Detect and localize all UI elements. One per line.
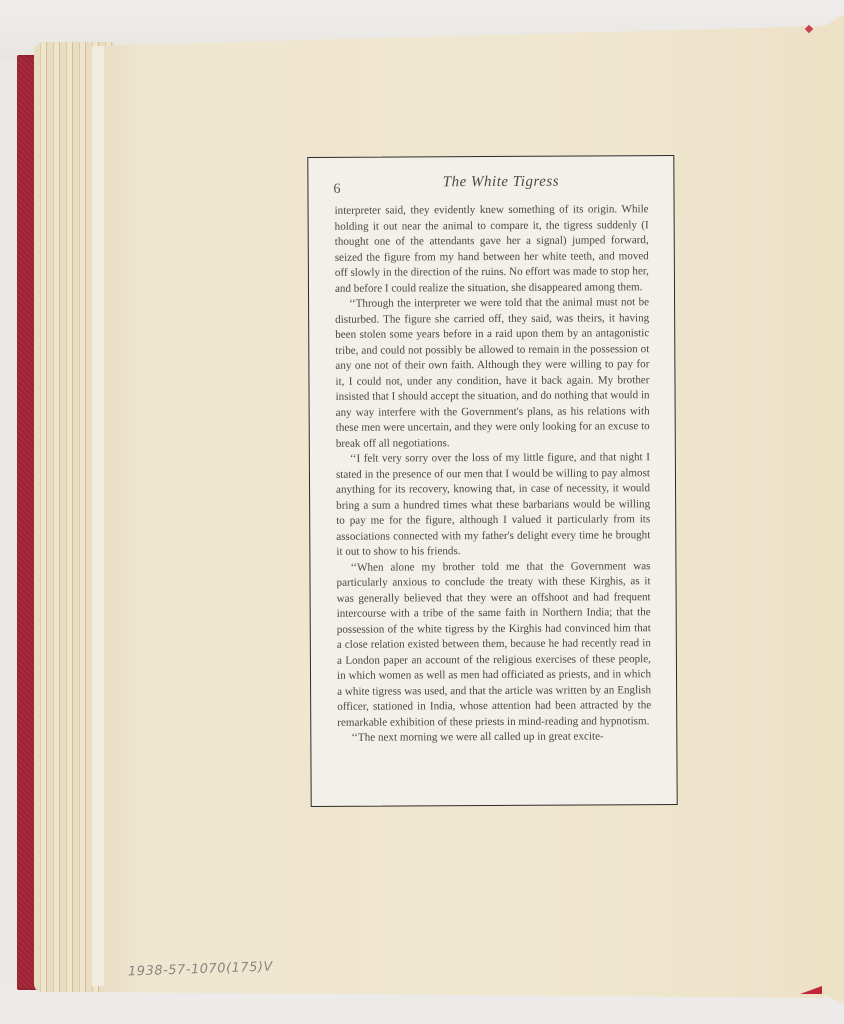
running-head: The White Tigress bbox=[308, 173, 673, 192]
paragraph: ‘‘The next morning we were all called up… bbox=[337, 729, 651, 746]
paragraph: interpreter said, they evidently knew so… bbox=[335, 202, 649, 297]
printed-page-plate: 6 The White Tigress interpreter said, th… bbox=[307, 155, 677, 807]
paragraph: ‘‘Through the interpreter we were told t… bbox=[335, 295, 650, 452]
body-text: interpreter said, they evidently knew so… bbox=[335, 202, 652, 746]
paragraph: ‘‘I felt very sorry over the loss of my … bbox=[336, 450, 651, 560]
paragraph: ‘‘When alone my brother told me that the… bbox=[336, 559, 651, 731]
